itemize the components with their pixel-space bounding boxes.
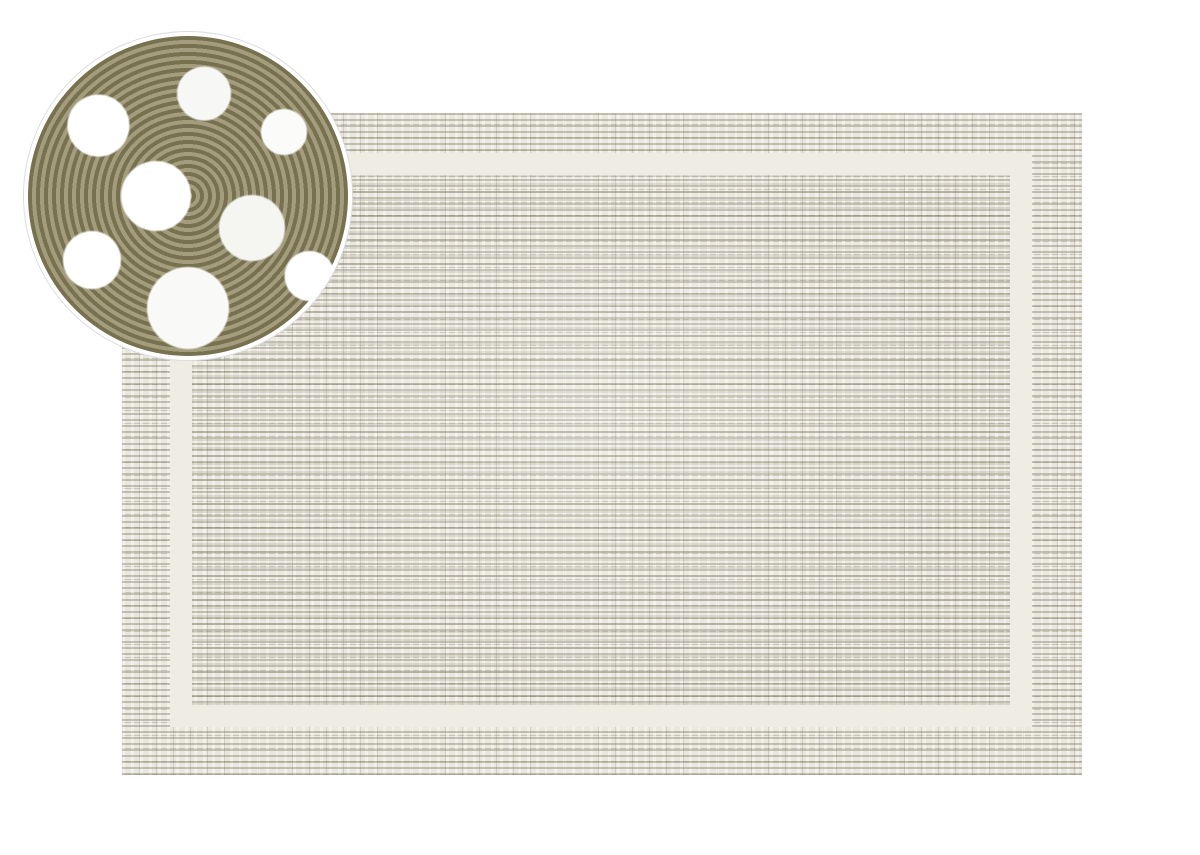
texture-detail-inset: [24, 32, 352, 360]
